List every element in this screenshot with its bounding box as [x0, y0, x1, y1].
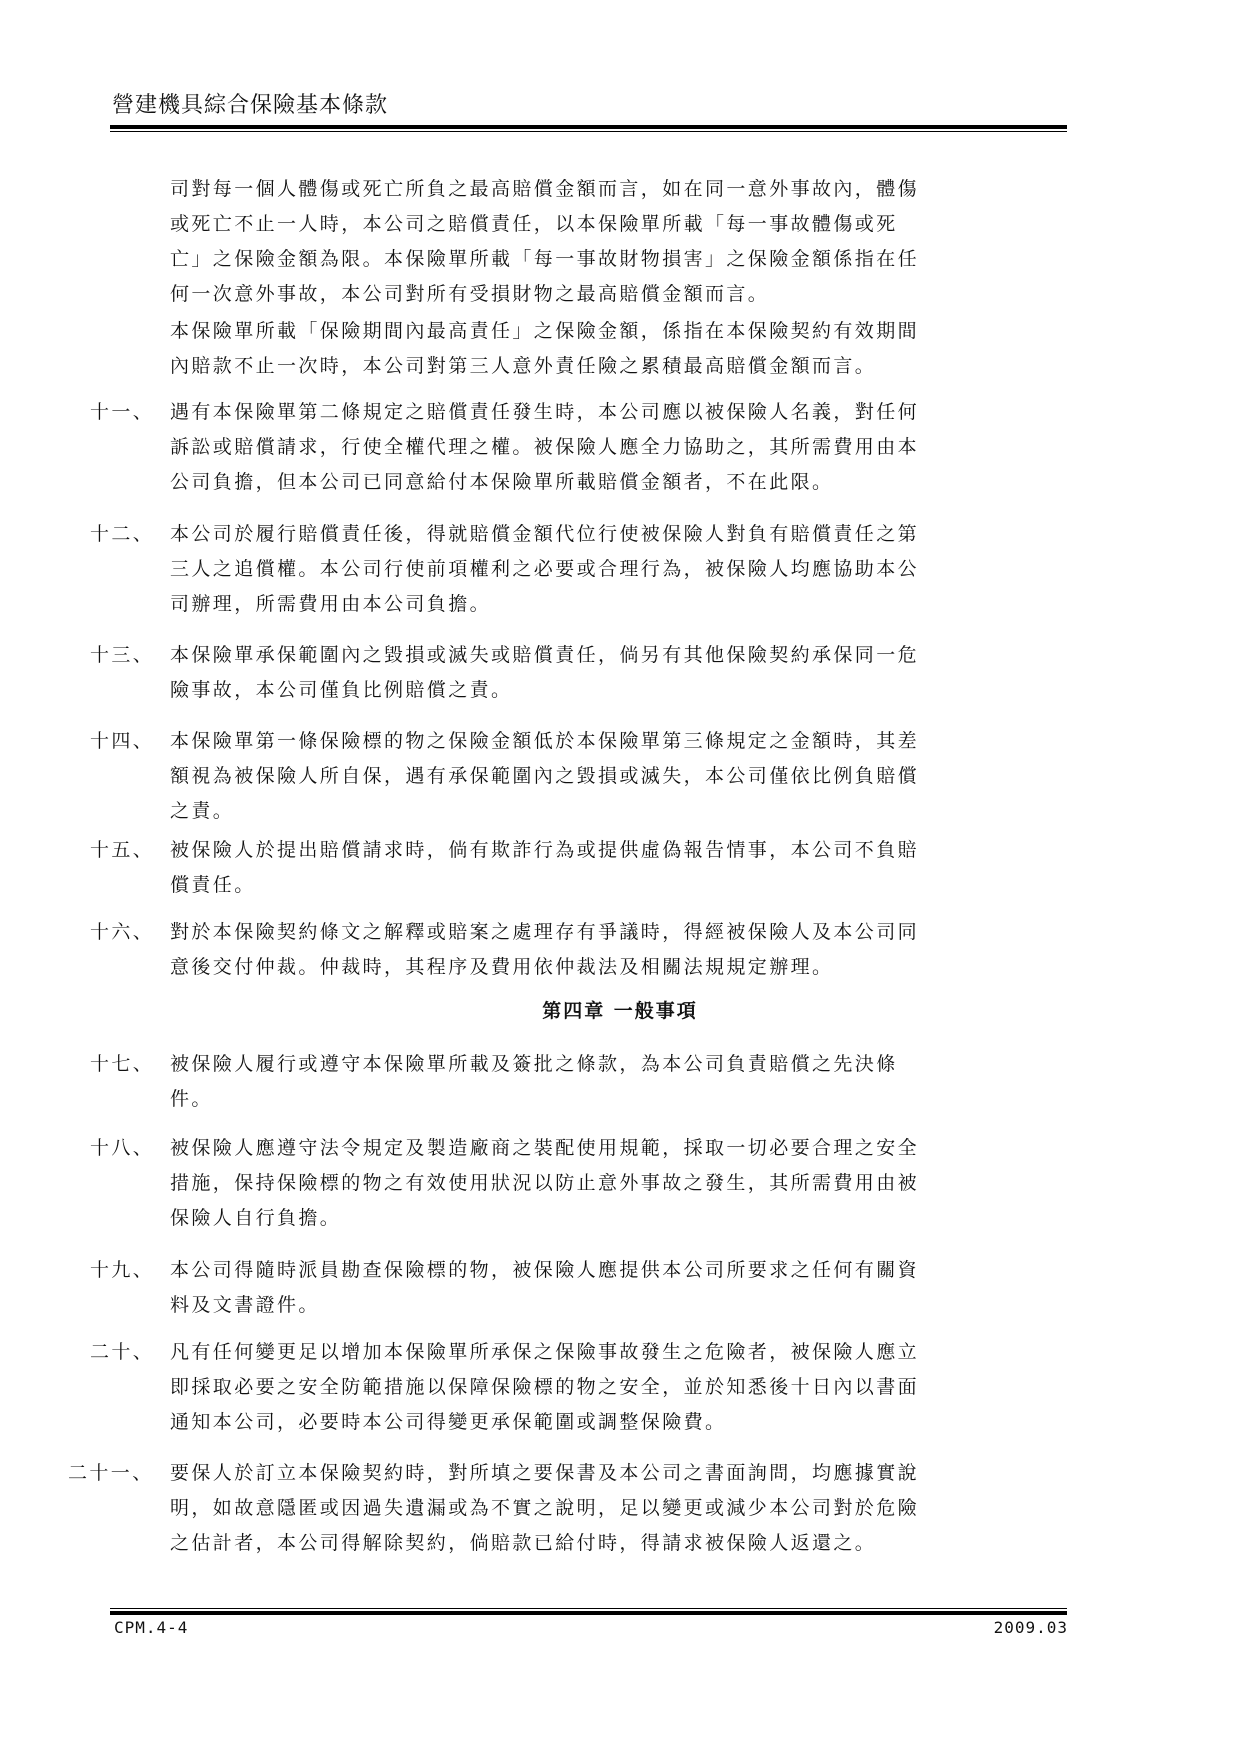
text-line: 即採取必要之安全防範措施以保障保險標的物之安全，並於知悉後十日內以書面 [170, 1370, 1070, 1405]
text-line: 訴訟或賠償請求，行使全權代理之權。被保險人應全力協助之，其所需費用由本 [170, 430, 1070, 465]
continuation-paragraph-2: 本保險單所載「保險期間內最高責任」之保險金額，係指在本保險契約有效期間 內賠款不… [170, 314, 1070, 384]
document-date: 2009.03 [994, 1618, 1068, 1637]
clause-number: 二十、 [90, 1335, 154, 1370]
clause-number: 十六、 [90, 915, 154, 950]
text-line: 遇有本保險單第二條規定之賠償責任發生時，本公司應以被保險人名義，對任何 [170, 395, 1070, 430]
text-line: 險事故，本公司僅負比例賠償之責。 [170, 673, 1070, 708]
text-line: 司對每一個人體傷或死亡所負之最高賠償金額而言，如在同一意外事故內，體傷 [170, 172, 1070, 207]
text-line: 內賠款不止一次時，本公司對第三人意外責任險之累積最高賠償金額而言。 [170, 349, 1070, 384]
document-code: CPM.4-4 [114, 1618, 188, 1637]
clause-number: 十七、 [90, 1047, 154, 1082]
text-line: 額視為被保險人所自保，遇有承保範圍內之毀損或滅失，本公司僅依比例負賠償 [170, 759, 1070, 794]
text-line: 被保險人於提出賠償請求時，倘有欺詐行為或提供虛偽報告情事，本公司不負賠 [170, 833, 1070, 868]
text-line: 保險人自行負擔。 [170, 1201, 1070, 1236]
header-rule-thick [110, 125, 1067, 129]
text-line: 償責任。 [170, 868, 1070, 903]
text-line: 明，如故意隱匿或因過失遺漏或為不實之說明，足以變更或減少本公司對於危險 [170, 1491, 1070, 1526]
text-line: 何一次意外事故，本公司對所有受損財物之最高賠償金額而言。 [170, 277, 1070, 312]
text-line: 亡」之保險金額為限。本保險單所載「每一事故財物損害」之保險金額係指在任 [170, 242, 1070, 277]
text-line: 或死亡不止一人時，本公司之賠償責任，以本保險單所載「每一事故體傷或死 [170, 207, 1070, 242]
text-line: 被保險人應遵守法令規定及製造廠商之裝配使用規範，採取一切必要合理之安全 [170, 1131, 1070, 1166]
text-line: 公司負擔，但本公司已同意給付本保險單所載賠償金額者，不在此限。 [170, 465, 1070, 500]
text-line: 意後交付仲裁。仲裁時，其程序及費用依仲裁法及相關法規規定辦理。 [170, 950, 1070, 985]
text-line: 之估計者，本公司得解除契約，倘賠款已給付時，得請求被保險人返還之。 [170, 1526, 1070, 1561]
clause-number: 十一、 [90, 395, 154, 430]
text-line: 本保險單所載「保險期間內最高責任」之保險金額，係指在本保險契約有效期間 [170, 314, 1070, 349]
footer-rule-thick [110, 1611, 1067, 1615]
text-line: 料及文書證件。 [170, 1288, 1070, 1323]
document-title: 營建機具綜合保險基本條款 [112, 88, 388, 119]
text-line: 本公司得隨時派員勘查保險標的物，被保險人應提供本公司所要求之任何有關資 [170, 1253, 1070, 1288]
text-line: 被保險人履行或遵守本保險單所載及簽批之條款，為本公司負責賠償之先決條 [170, 1047, 1070, 1082]
text-line: 要保人於訂立本保險契約時，對所填之要保書及本公司之書面詢問，均應據實說 [170, 1456, 1070, 1491]
chapter-heading: 第四章 一般事項 [0, 996, 1240, 1023]
text-line: 通知本公司，必要時本公司得變更承保範圍或調整保險費。 [170, 1405, 1070, 1440]
clause-number: 十五、 [90, 833, 154, 868]
text-line: 本公司於履行賠償責任後，得就賠償金額代位行使被保險人對負有賠償責任之第 [170, 517, 1070, 552]
text-line: 件。 [170, 1082, 1070, 1117]
clause-number: 二十一、 [68, 1456, 154, 1491]
text-line: 司辦理，所需費用由本公司負擔。 [170, 587, 1070, 622]
continuation-paragraph-1: 司對每一個人體傷或死亡所負之最高賠償金額而言，如在同一意外事故內，體傷 或死亡不… [170, 172, 1070, 312]
clause-number: 十九、 [90, 1253, 154, 1288]
text-line: 措施，保持保險標的物之有效使用狀況以防止意外事故之發生，其所需費用由被 [170, 1166, 1070, 1201]
text-line: 三人之追償權。本公司行使前項權利之必要或合理行為，被保險人均應協助本公 [170, 552, 1070, 587]
clause-number: 十二、 [90, 517, 154, 552]
text-line: 對於本保險契約條文之解釋或賠案之處理存有爭議時，得經被保險人及本公司同 [170, 915, 1070, 950]
footer-rule-thin [110, 1608, 1067, 1609]
clause-number: 十四、 [90, 724, 154, 759]
text-line: 之責。 [170, 794, 1070, 829]
text-line: 凡有任何變更足以增加本保險單所承保之保險事故發生之危險者，被保險人應立 [170, 1335, 1070, 1370]
text-line: 本保險單承保範圍內之毀損或滅失或賠償責任，倘另有其他保險契約承保同一危 [170, 638, 1070, 673]
header-rule-thin [110, 131, 1067, 132]
text-line: 本保險單第一條保險標的物之保險金額低於本保險單第三條規定之金額時，其差 [170, 724, 1070, 759]
clause-number: 十三、 [90, 638, 154, 673]
clause-number: 十八、 [90, 1131, 154, 1166]
